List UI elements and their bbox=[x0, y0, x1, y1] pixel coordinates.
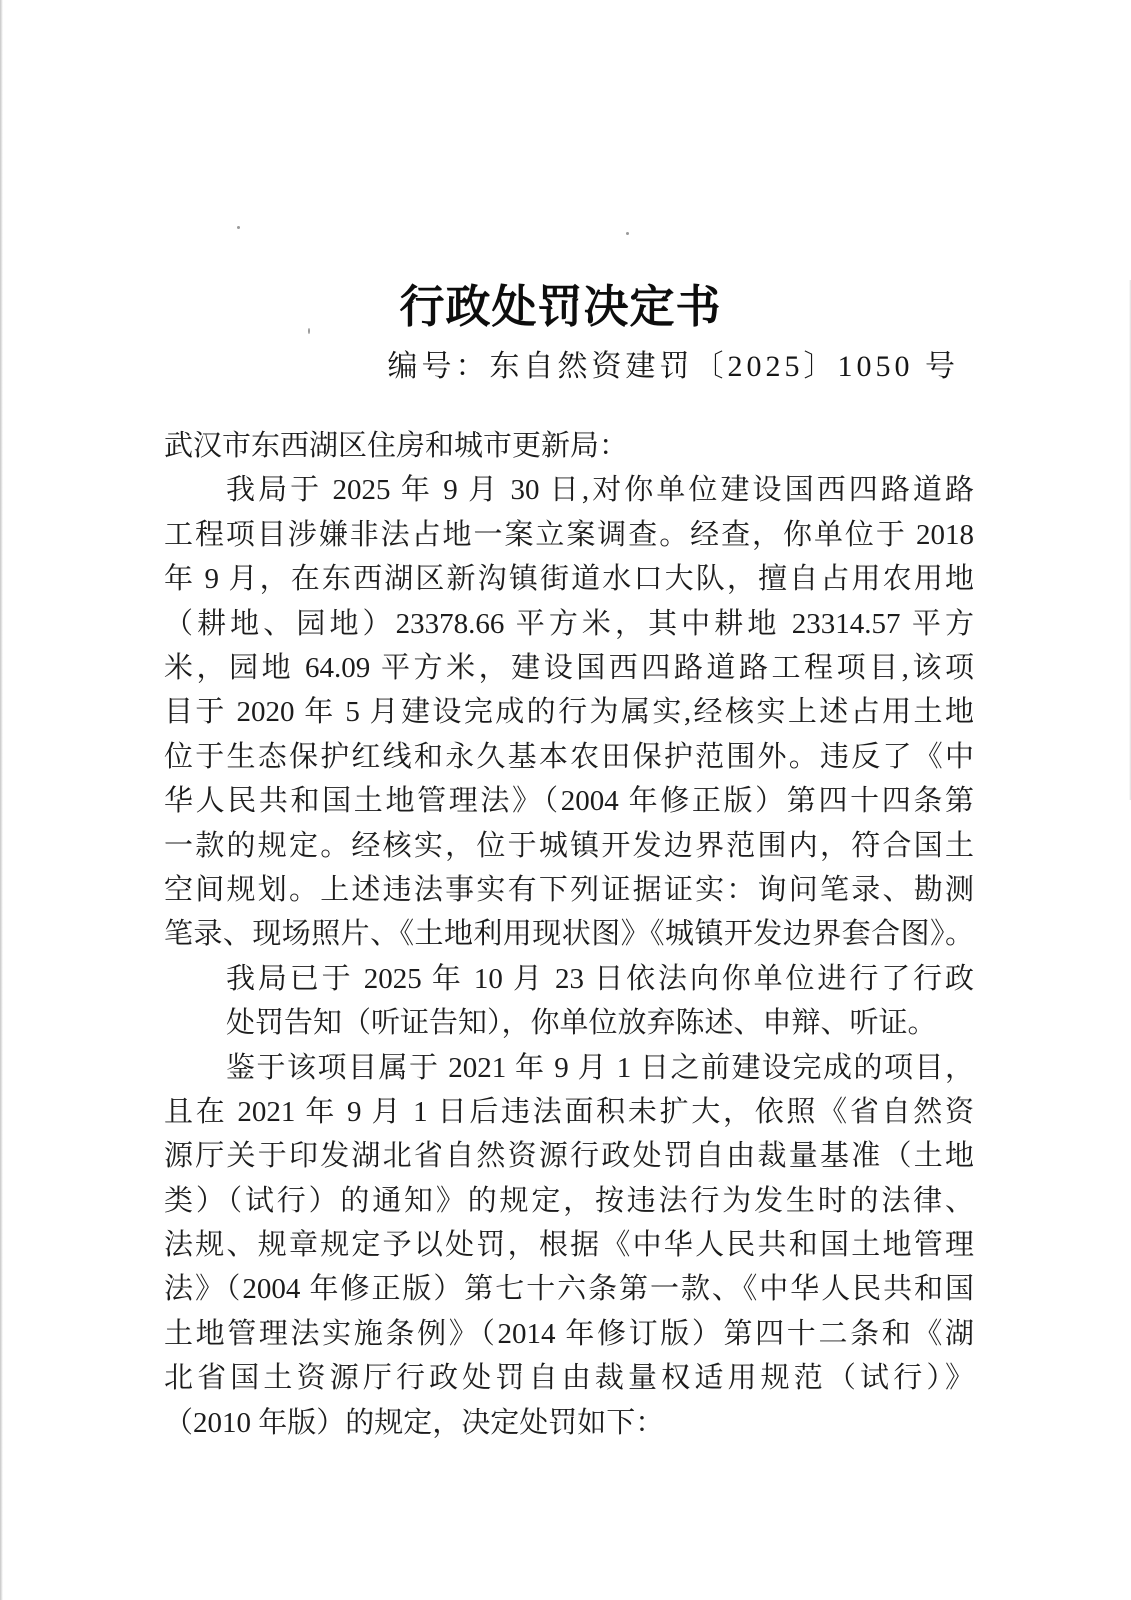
body-line: 目于 2020 年 5 月建设完成的行为属实,经核实上述占用土地 bbox=[164, 690, 974, 734]
body-line: 类）（试行）的通知》的规定，按违法行为发生时的法律、 bbox=[164, 1179, 974, 1223]
body-line: 一款的规定。经核实，位于城镇开发边界范围内，符合国土 bbox=[164, 824, 974, 868]
body-line: 处罚告知（听证告知），你单位放弃陈述、申辩、听证。 bbox=[164, 1001, 974, 1045]
body-line: （耕地、园地）23378.66 平方米，其中耕地 23314.57 平方 bbox=[164, 602, 974, 646]
scan-speck bbox=[626, 232, 629, 235]
body-line: 我局于 2025 年 9 月 30 日,对你单位建设国西四路道路 bbox=[226, 468, 974, 512]
body-line: 空间规划。上述违法事实有下列证据证实：询问笔录、勘测 bbox=[164, 868, 974, 912]
body-line: 北省国土资源厅行政处罚自由裁量权适用规范（试行）》 bbox=[164, 1356, 974, 1400]
scanned-document-page: 行政处罚决定书 编号：东自然资建罚〔2025〕1050 号 武汉市东西湖区住房和… bbox=[0, 0, 1131, 1600]
document-number-line: 编号：东自然资建罚〔2025〕1050 号 bbox=[0, 341, 959, 385]
body-line: 土地管理法实施条例》（2014 年修订版）第四十二条和《湖 bbox=[164, 1312, 974, 1356]
body-line-salutation: 武汉市东西湖区住房和城市更新局： bbox=[164, 424, 974, 468]
body-line: （2010 年版）的规定，决定处罚如下： bbox=[164, 1401, 974, 1445]
body-line: 我局已于 2025 年 10 月 23 日依法向你单位进行了行政 bbox=[226, 957, 974, 1001]
scan-artifact-left-edge bbox=[0, 0, 3, 1600]
body-line: 华人民共和国土地管理法》（2004 年修正版）第四十四条第 bbox=[164, 779, 974, 823]
body-line: 米，园地 64.09 平方米，建设国西四路道路工程项目,该项 bbox=[164, 646, 974, 690]
body-line: 工程项目涉嫌非法占地一案立案调查。经查，你单位于 2018 bbox=[164, 513, 974, 557]
body-line: 位于生态保护红线和永久基本农田保护范围外。违反了《中 bbox=[164, 735, 974, 779]
body-line: 且在 2021 年 9 月 1 日后违法面积未扩大，依照《省自然资 bbox=[164, 1090, 974, 1134]
body-line: 鉴于该项目属于 2021 年 9 月 1 日之前建设完成的项目， bbox=[226, 1046, 974, 1090]
document-body: 武汉市东西湖区住房和城市更新局： 我局于 2025 年 9 月 30 日,对你单… bbox=[164, 424, 974, 1445]
body-line: 笔录、现场照片、《土地利用现状图》《城镇开发边界套合图》。 bbox=[164, 912, 974, 956]
body-line: 法》（2004 年修正版）第七十六条第一款、《中华人民共和国 bbox=[164, 1267, 974, 1311]
document-title: 行政处罚决定书 bbox=[0, 270, 1121, 335]
body-line: 源厅关于印发湖北省自然资源行政处罚自由裁量基准（土地 bbox=[164, 1134, 974, 1178]
body-line: 法规、规章规定予以处罚，根据《中华人民共和国土地管理 bbox=[164, 1223, 974, 1267]
scan-speck bbox=[237, 226, 240, 229]
body-line: 年 9 月，在东西湖区新沟镇街道水口大队，擅自占用农用地 bbox=[164, 557, 974, 601]
